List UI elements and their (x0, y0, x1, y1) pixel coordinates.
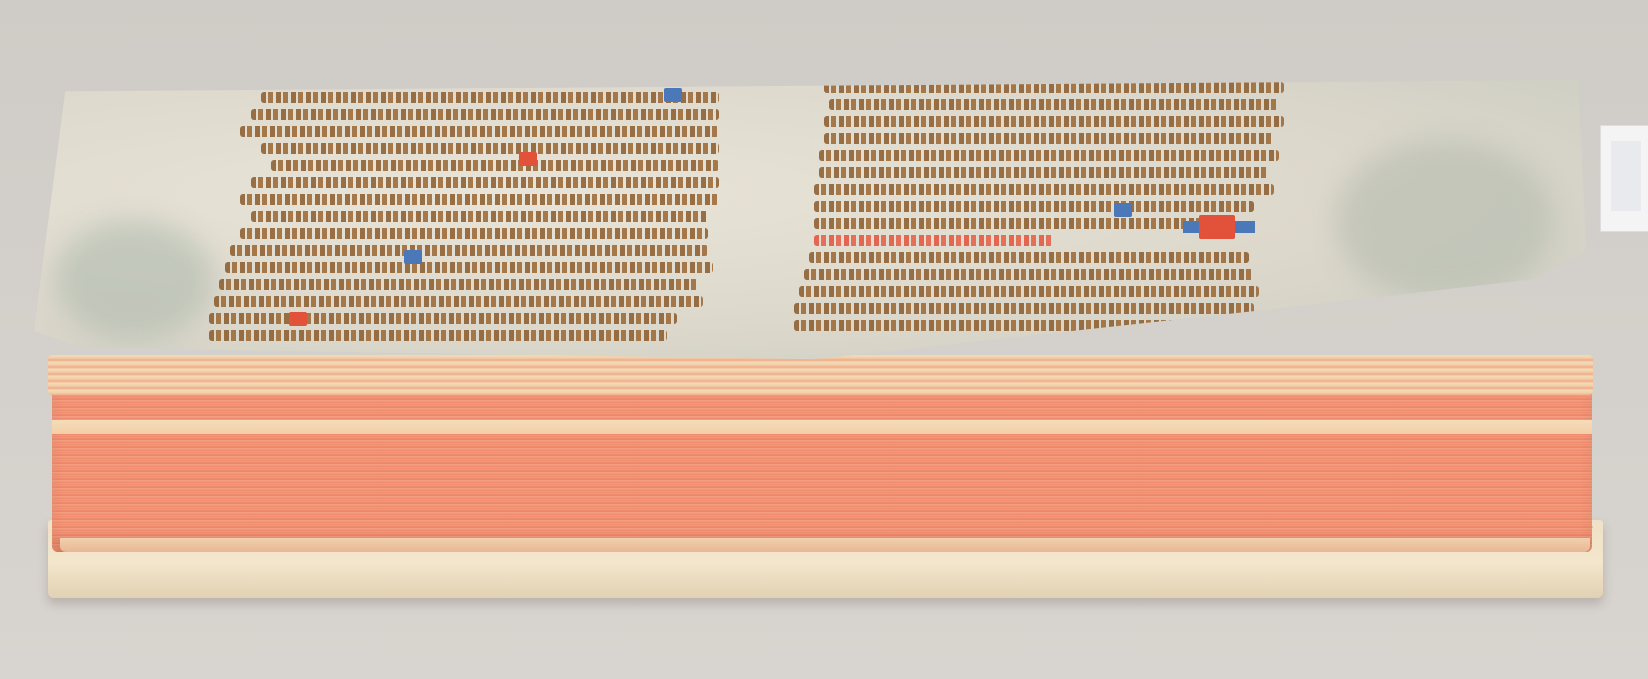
rubric-red-mark (289, 312, 307, 326)
page-edges-top (48, 355, 1593, 395)
rubric-blue-mark (664, 88, 682, 102)
stain (1334, 140, 1554, 300)
page-edges-bottom (60, 538, 1590, 552)
stain (54, 220, 214, 340)
paper-tag (1600, 125, 1648, 232)
rubric-red-mark (519, 152, 537, 166)
rubric-blue-mark (1114, 203, 1132, 217)
paper-tag-inner (1611, 141, 1641, 211)
rubric-blue-mark (404, 250, 422, 264)
photo-scene (0, 0, 1648, 679)
page-gap (52, 420, 1592, 434)
decorated-initial-red (1199, 215, 1235, 239)
page-edges-red (52, 380, 1592, 552)
parchment-cover (34, 80, 1594, 365)
text-column-right (794, 82, 1294, 331)
text-column-left (209, 92, 729, 341)
